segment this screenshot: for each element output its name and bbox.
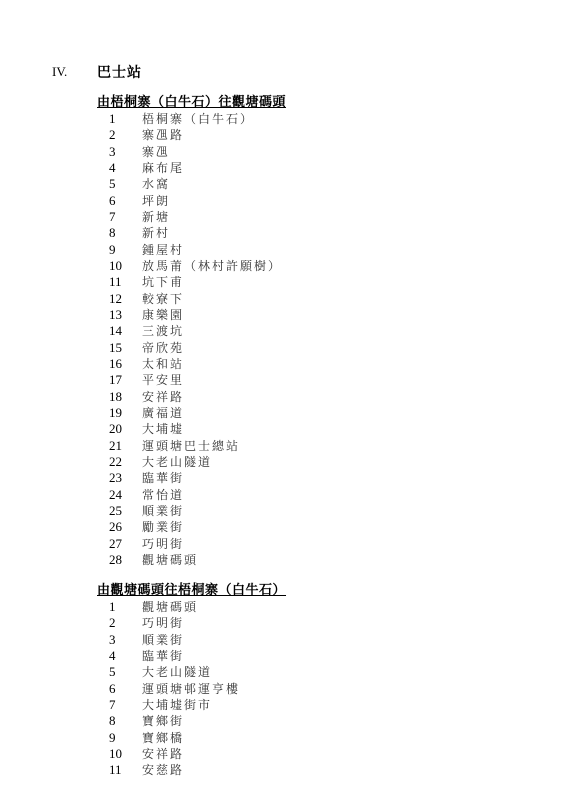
stop-number: 13	[109, 307, 122, 323]
stop-number: 27	[109, 536, 122, 552]
list-item: 1梧桐寨（白牛石）	[97, 111, 286, 127]
stop-name: 巧明街	[142, 615, 184, 631]
list-item: 6運頭塘邨運亨樓	[97, 681, 286, 697]
stop-name: 安祥路	[142, 746, 184, 762]
stop-name: 運頭塘邨運亨樓	[142, 681, 240, 697]
stop-number: 20	[109, 421, 122, 437]
stop-number: 5	[109, 664, 116, 680]
stop-number: 7	[109, 697, 116, 713]
stop-number: 21	[109, 438, 122, 454]
stop-name: 廣福道	[142, 405, 184, 421]
stop-number: 19	[109, 405, 122, 421]
list-item: 5大老山隧道	[97, 664, 286, 680]
stop-list: 1梧桐寨（白牛石）2寨乪路3寨乪4麻布尾5水窩6坪朗7新塘8新村9鍾屋村10放馬…	[97, 111, 286, 568]
stop-name: 鍾屋村	[142, 242, 184, 258]
stop-name: 大老山隧道	[142, 664, 212, 680]
list-item: 18安祥路	[97, 389, 286, 405]
list-item: 7新塘	[97, 209, 286, 225]
stop-number: 11	[109, 762, 122, 778]
stop-name: 大埔墟	[142, 421, 184, 437]
stop-number: 4	[109, 648, 116, 664]
stop-name: 順業街	[142, 632, 184, 648]
list-item: 22大老山隧道	[97, 454, 286, 470]
list-item: 17平安里	[97, 372, 286, 388]
list-item: 11坑下甫	[97, 274, 286, 290]
list-item: 9寶鄉橋	[97, 730, 286, 746]
stop-name: 順業街	[142, 503, 184, 519]
list-item: 10放馬莆（林村許願樹）	[97, 258, 286, 274]
stop-number: 16	[109, 356, 122, 372]
list-item: 12較寮下	[97, 291, 286, 307]
list-item: 28觀塘碼頭	[97, 552, 286, 568]
route-heading: 由觀塘碼頭往梧桐寨（白牛石）	[97, 583, 286, 599]
stop-number: 17	[109, 372, 122, 388]
stop-number: 6	[109, 193, 116, 209]
list-item: 2巧明街	[97, 615, 286, 631]
stop-name: 較寮下	[142, 291, 184, 307]
stop-number: 2	[109, 127, 116, 143]
stop-name: 臨華街	[142, 648, 184, 664]
list-item: 4麻布尾	[97, 160, 286, 176]
list-item: 2寨乪路	[97, 127, 286, 143]
list-item: 23臨華街	[97, 470, 286, 486]
route-outbound: 由梧桐寨（白牛石）往觀塘碼頭 1梧桐寨（白牛石）2寨乪路3寨乪4麻布尾5水窩6坪…	[97, 95, 286, 568]
list-item: 24常怡道	[97, 487, 286, 503]
stop-name: 安祥路	[142, 389, 184, 405]
stop-number: 4	[109, 160, 116, 176]
list-item: 15帝欣苑	[97, 340, 286, 356]
stop-name: 大老山隧道	[142, 454, 212, 470]
stop-name: 坑下甫	[142, 274, 184, 290]
stop-number: 6	[109, 681, 116, 697]
route-heading: 由梧桐寨（白牛石）往觀塘碼頭	[97, 95, 286, 111]
list-item: 21運頭塘巴士總站	[97, 438, 286, 454]
list-item: 1觀塘碼頭	[97, 599, 286, 615]
stop-number: 1	[109, 111, 116, 127]
stop-number: 10	[109, 258, 122, 274]
stop-number: 5	[109, 176, 116, 192]
stop-number: 25	[109, 503, 122, 519]
stop-name: 寨乪路	[142, 127, 184, 143]
section-title: 巴士站	[97, 62, 142, 82]
list-item: 3順業街	[97, 632, 286, 648]
stop-number: 15	[109, 340, 122, 356]
stop-name: 巧明街	[142, 536, 184, 552]
stop-name: 平安里	[142, 372, 184, 388]
list-item: 19廣福道	[97, 405, 286, 421]
stop-number: 3	[109, 144, 116, 160]
list-item: 9鍾屋村	[97, 242, 286, 258]
stop-name: 梧桐寨（白牛石）	[142, 111, 254, 127]
stop-list: 1觀塘碼頭2巧明街3順業街4臨華街5大老山隧道6運頭塘邨運亨樓7大埔墟街市8寶鄉…	[97, 599, 286, 779]
stop-number: 2	[109, 615, 116, 631]
stop-number: 12	[109, 291, 122, 307]
stop-number: 23	[109, 470, 122, 486]
list-item: 25順業街	[97, 503, 286, 519]
list-item: 14三渡坑	[97, 323, 286, 339]
list-item: 3寨乪	[97, 144, 286, 160]
stop-number: 9	[109, 242, 116, 258]
stop-number: 7	[109, 209, 116, 225]
stop-number: 10	[109, 746, 122, 762]
stop-name: 放馬莆（林村許願樹）	[142, 258, 282, 274]
stop-name: 寶鄉街	[142, 713, 184, 729]
list-item: 11安慈路	[97, 762, 286, 778]
list-item: 13康樂園	[97, 307, 286, 323]
stop-name: 寨乪	[142, 144, 170, 160]
stop-number: 22	[109, 454, 122, 470]
list-item: 27巧明街	[97, 536, 286, 552]
stop-name: 寶鄉橋	[142, 730, 184, 746]
stop-name: 水窩	[142, 176, 170, 192]
stop-number: 18	[109, 389, 122, 405]
stop-name: 坪朗	[142, 193, 170, 209]
section-number: IV.	[52, 64, 67, 80]
stop-name: 安慈路	[142, 762, 184, 778]
list-item: 4臨華街	[97, 648, 286, 664]
stop-number: 28	[109, 552, 122, 568]
stop-number: 14	[109, 323, 122, 339]
list-item: 16太和站	[97, 356, 286, 372]
stop-name: 觀塘碼頭	[142, 552, 198, 568]
stop-number: 24	[109, 487, 122, 503]
stop-name: 新村	[142, 225, 170, 241]
list-item: 6坪朗	[97, 193, 286, 209]
stop-name: 觀塘碼頭	[142, 599, 198, 615]
list-item: 5水窩	[97, 176, 286, 192]
stop-name: 帝欣苑	[142, 340, 184, 356]
list-item: 8新村	[97, 225, 286, 241]
stop-name: 康樂園	[142, 307, 184, 323]
stop-name: 運頭塘巴士總站	[142, 438, 240, 454]
stop-name: 大埔墟街市	[142, 697, 212, 713]
list-item: 26勵業街	[97, 519, 286, 535]
list-item: 7大埔墟街市	[97, 697, 286, 713]
list-item: 10安祥路	[97, 746, 286, 762]
stop-number: 8	[109, 225, 116, 241]
stop-number: 8	[109, 713, 116, 729]
stop-name: 麻布尾	[142, 160, 184, 176]
stop-name: 三渡坑	[142, 323, 184, 339]
stop-number: 9	[109, 730, 116, 746]
stop-number: 1	[109, 599, 116, 615]
stop-number: 26	[109, 519, 122, 535]
stop-name: 勵業街	[142, 519, 184, 535]
stop-name: 常怡道	[142, 487, 184, 503]
stop-number: 11	[109, 274, 122, 290]
route-inbound: 由觀塘碼頭往梧桐寨（白牛石） 1觀塘碼頭2巧明街3順業街4臨華街5大老山隧道6運…	[97, 583, 286, 779]
stop-number: 3	[109, 632, 116, 648]
stop-name: 臨華街	[142, 470, 184, 486]
stop-name: 太和站	[142, 356, 184, 372]
list-item: 20大埔墟	[97, 421, 286, 437]
list-item: 8寶鄉街	[97, 713, 286, 729]
stop-name: 新塘	[142, 209, 170, 225]
